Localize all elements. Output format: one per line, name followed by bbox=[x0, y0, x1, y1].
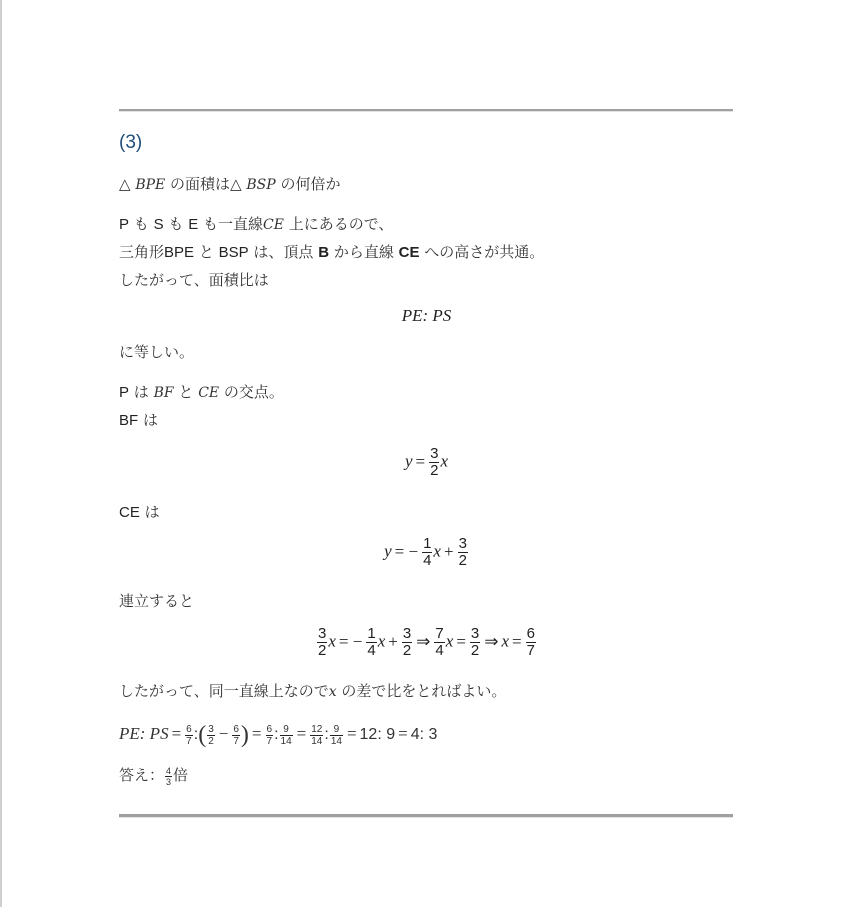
numerator: 7 bbox=[434, 626, 444, 642]
para1-line2: 三角形BPE と BSP は、頂点 B から直線 CE への高さが共通。 bbox=[119, 242, 544, 263]
answer-line: 答え：43倍 bbox=[119, 762, 188, 788]
page-left-border bbox=[0, 0, 2, 907]
denominator: 2 bbox=[470, 643, 480, 659]
var-x: x bbox=[440, 452, 448, 471]
text: 三角形 bbox=[119, 243, 164, 261]
point-p: P bbox=[119, 216, 129, 233]
numerator: 3 bbox=[458, 536, 468, 552]
triangle-symbol: △ bbox=[230, 175, 242, 193]
var-x: x bbox=[328, 632, 336, 651]
equals: = bbox=[169, 724, 185, 743]
numerator: 9 bbox=[333, 724, 341, 735]
ratio-4-3: 4: 3 bbox=[411, 726, 438, 743]
line-ce: CE bbox=[263, 217, 284, 233]
line-bf: BF bbox=[119, 412, 138, 429]
question-line: △ BPE の面積は△ BSP の何倍か bbox=[119, 174, 341, 195]
denominator: 4 bbox=[422, 553, 432, 569]
triangle-bsp: BSP bbox=[246, 177, 275, 193]
ratio-calculation: PE: PS=67:(32−67)=67:914=1214:914=12: 9=… bbox=[119, 720, 437, 749]
equals: = bbox=[413, 452, 429, 471]
point-e: E bbox=[188, 216, 198, 233]
text: と bbox=[199, 243, 214, 261]
paren-open: ( bbox=[198, 722, 206, 748]
numerator: 9 bbox=[282, 724, 290, 735]
ce-label: CE は bbox=[119, 502, 160, 523]
answer-unit: 倍 bbox=[173, 766, 188, 784]
text: は、頂点 bbox=[253, 243, 313, 261]
colon: : bbox=[274, 726, 278, 743]
numerator: 12 bbox=[310, 724, 323, 735]
triangle-bpe: BPE bbox=[135, 177, 165, 193]
solve-label: 連立すると bbox=[119, 591, 194, 611]
denominator: 7 bbox=[266, 736, 274, 747]
colon: : bbox=[324, 726, 328, 743]
text: も一直線 bbox=[203, 215, 263, 233]
numerator: 3 bbox=[402, 626, 412, 642]
denominator: 14 bbox=[310, 736, 323, 747]
conclusion-line: したがって、同一直線上なのでx の差で比をとればよい。 bbox=[119, 681, 506, 702]
numerator: 6 bbox=[185, 724, 193, 735]
text: への高さが共通。 bbox=[424, 243, 544, 261]
answer-label: 答え： bbox=[119, 766, 164, 784]
text: から直線 bbox=[334, 243, 394, 261]
denominator: 4 bbox=[366, 643, 376, 659]
equal-text: に等しい。 bbox=[119, 342, 194, 362]
line-ce: CE bbox=[119, 504, 140, 521]
line-bf: BF bbox=[154, 385, 174, 401]
var-x: x bbox=[433, 542, 441, 561]
vertex-b: B bbox=[318, 244, 329, 261]
denominator: 2 bbox=[402, 643, 412, 659]
equation-solve: 32x= −14x+32⇒74x=32⇒x=67 bbox=[119, 626, 734, 659]
para1-line1: P も S も E も一直線CE 上にあるので、 bbox=[119, 214, 393, 235]
line-ce: CE bbox=[198, 385, 219, 401]
answer-fraction: 43 bbox=[165, 766, 172, 787]
numerator: 6 bbox=[526, 626, 536, 642]
numerator: 3 bbox=[207, 724, 215, 735]
var-y: y bbox=[384, 542, 392, 561]
fraction: 32 bbox=[458, 536, 468, 569]
triangle-bsp: BSP bbox=[219, 244, 249, 261]
denominator: 14 bbox=[330, 736, 343, 747]
ratio-pe-ps: PE: PS bbox=[119, 724, 169, 743]
var-y: y bbox=[405, 452, 413, 471]
denominator: 2 bbox=[458, 553, 468, 569]
equation-ce: y= −14x+32 bbox=[119, 536, 734, 569]
equals: = bbox=[395, 724, 411, 743]
para2-line1: P は BF と CE の交点。 bbox=[119, 382, 284, 403]
bottom-divider bbox=[119, 814, 733, 818]
denominator: 4 bbox=[434, 643, 444, 659]
denominator: 7 bbox=[185, 736, 193, 747]
plus: + bbox=[441, 542, 457, 561]
var-x: x bbox=[329, 684, 337, 700]
equals: = bbox=[509, 632, 525, 651]
implies: ⇒ bbox=[413, 632, 433, 651]
denominator: 2 bbox=[317, 643, 327, 659]
ratio-pe-ps: PE: PS bbox=[402, 306, 452, 325]
point-p: P bbox=[119, 384, 129, 401]
text: は bbox=[145, 503, 160, 521]
text: したがって、同一直線上なので bbox=[119, 682, 329, 700]
text: は bbox=[143, 411, 158, 429]
denominator: 2 bbox=[429, 463, 439, 479]
denominator: 7 bbox=[232, 736, 240, 747]
text: も bbox=[168, 215, 183, 233]
denominator: 7 bbox=[526, 643, 536, 659]
equals-minus: = − bbox=[392, 542, 421, 561]
ratio-equation: PE: PS bbox=[119, 306, 734, 326]
equals: = bbox=[344, 724, 360, 743]
equals: = bbox=[249, 724, 265, 743]
plus: + bbox=[385, 632, 401, 651]
text: と bbox=[178, 383, 193, 401]
numerator: 4 bbox=[165, 766, 172, 776]
question-text: の面積は bbox=[170, 175, 230, 193]
ratio-12-9: 12: 9 bbox=[360, 726, 396, 743]
line-ce-bold: CE bbox=[399, 244, 420, 261]
text: の交点。 bbox=[224, 383, 284, 401]
numerator: 6 bbox=[266, 724, 274, 735]
equals-minus: = − bbox=[336, 632, 365, 651]
triangle-symbol: △ bbox=[119, 175, 131, 193]
denominator: 2 bbox=[207, 736, 215, 747]
numerator: 6 bbox=[232, 724, 240, 735]
para1-line3: したがって、面積比は bbox=[119, 270, 269, 290]
text: も bbox=[134, 215, 149, 233]
var-x: x bbox=[502, 632, 510, 651]
bf-label: BF は bbox=[119, 410, 158, 431]
text: は bbox=[134, 383, 149, 401]
implies: ⇒ bbox=[481, 632, 501, 651]
denominator: 14 bbox=[280, 736, 293, 747]
fraction: 14 bbox=[422, 536, 432, 569]
point-s: S bbox=[154, 216, 164, 233]
text: 上にあるので、 bbox=[289, 215, 394, 233]
numerator: 3 bbox=[429, 446, 439, 462]
equals: = bbox=[453, 632, 469, 651]
numerator: 3 bbox=[317, 626, 327, 642]
equation-bf: y=32x bbox=[119, 446, 734, 479]
equals: = bbox=[294, 724, 310, 743]
section-heading: (3) bbox=[119, 132, 142, 154]
fraction: 32 bbox=[429, 446, 439, 479]
numerator: 3 bbox=[470, 626, 480, 642]
numerator: 1 bbox=[422, 536, 432, 552]
minus: − bbox=[216, 724, 232, 743]
triangle-bpe: BPE bbox=[164, 244, 194, 261]
top-divider bbox=[119, 109, 733, 112]
numerator: 1 bbox=[366, 626, 376, 642]
text: の差で比をとればよい。 bbox=[341, 682, 506, 700]
question-text-end: の何倍か bbox=[280, 175, 340, 193]
denominator: 3 bbox=[165, 777, 172, 787]
paren-close: ) bbox=[241, 722, 249, 748]
